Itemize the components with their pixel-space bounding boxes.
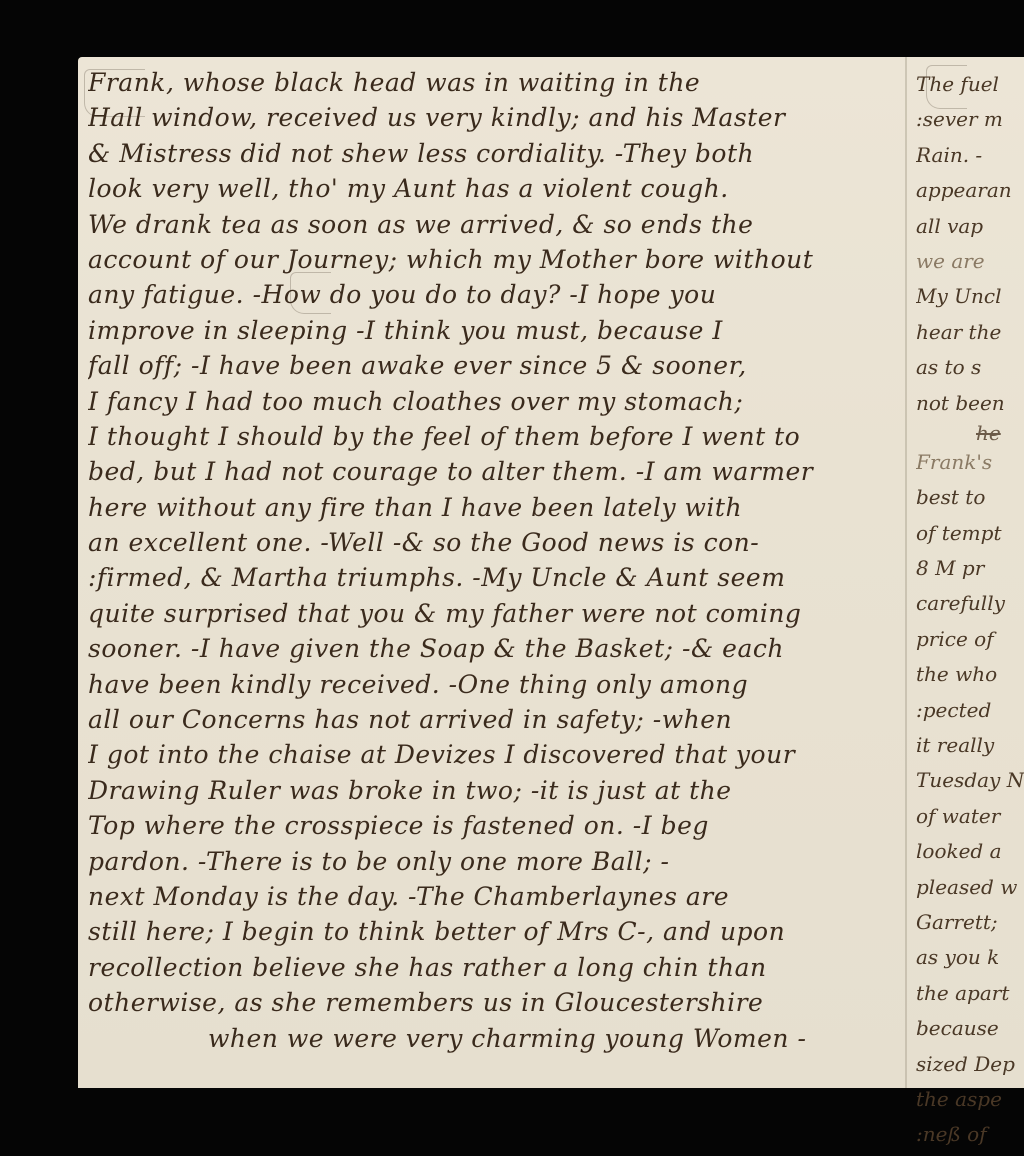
side-line: :pected — [916, 693, 1024, 728]
letter-line: Top where the crosspiece is fastened on.… — [88, 808, 908, 843]
letter-line: I thought I should by the feel of them b… — [88, 419, 908, 454]
side-line: best to — [916, 480, 1024, 515]
letter-line: improve in sleeping -I think you must, b… — [88, 313, 908, 348]
side-line: as you k — [916, 940, 1024, 975]
letter-line: We drank tea as soon as we arrived, & so… — [88, 207, 908, 242]
letter-line: sooner. -I have given the Soap & the Bas… — [88, 631, 908, 666]
side-line: of water — [916, 799, 1024, 834]
letter-line: any fatigue. -How do you do to day? -I h… — [88, 277, 908, 312]
letter-line: I got into the chaise at Devizes I disco… — [88, 737, 908, 772]
side-line: it really — [916, 728, 1024, 763]
letter-line: Frank, whose black head was in waiting i… — [88, 65, 908, 100]
letter-line: have been kindly received. -One thing on… — [88, 667, 908, 702]
letter-line: :firmed, & Martha triumphs. -My Uncle & … — [88, 560, 908, 595]
letter-line: I fancy I had too much cloathes over my … — [88, 384, 908, 419]
letter-line: Drawing Ruler was broke in two; -it is j… — [88, 773, 908, 808]
letter-line: Hall window, received us very kindly; an… — [88, 100, 908, 135]
side-line: hear the — [916, 315, 1024, 350]
letter-line: look very well, tho' my Aunt has a viole… — [88, 171, 908, 206]
side-line: not been — [916, 386, 1024, 421]
letter-line: recollection believe she has rather a lo… — [88, 950, 908, 985]
side-line: Frank's — [916, 445, 1024, 480]
letter-line: when we were very charming young Women - — [88, 1021, 908, 1056]
side-line: Rain. - — [916, 138, 1024, 173]
side-line: pleased w — [916, 870, 1024, 905]
letter-line: bed, but I had not courage to alter them… — [88, 454, 908, 489]
letter-line: next Monday is the day. -The Chamberlayn… — [88, 879, 908, 914]
side-line: :neß of — [916, 1117, 1024, 1152]
side-line: My Uncl — [916, 279, 1024, 314]
side-line: looked a — [916, 834, 1024, 869]
letter-line: still here; I begin to think better of M… — [88, 914, 908, 949]
side-line: Garrett; — [916, 905, 1024, 940]
letter-line: all our Concerns has not arrived in safe… — [88, 702, 908, 737]
letter-line: an excellent one. -Well -& so the Good n… — [88, 525, 908, 560]
letter-line: account of our Journey; which my Mother … — [88, 242, 908, 277]
letter-line: fall off; -I have been awake ever since … — [88, 348, 908, 383]
side-line: because — [916, 1011, 1024, 1046]
side-line-struck: he — [916, 421, 1024, 445]
side-line: 8 M pr — [916, 551, 1024, 586]
side-line: the aspe — [916, 1082, 1024, 1117]
side-line: the apart — [916, 976, 1024, 1011]
manuscript-sheet: Frank, whose black head was in waiting i… — [78, 57, 1024, 1088]
side-line: of tempt — [916, 516, 1024, 551]
side-line: as to s — [916, 350, 1024, 385]
side-line: we are — [916, 244, 1024, 279]
side-line: carefully — [916, 586, 1024, 621]
letter-line: here without any fire than I have been l… — [88, 490, 908, 525]
main-page-text: Frank, whose black head was in waiting i… — [88, 65, 908, 1056]
letter-line: pardon. -There is to be only one more Ba… — [88, 844, 908, 879]
side-line: all vap — [916, 209, 1024, 244]
side-line: Tuesday N — [916, 763, 1024, 798]
side-line: sized Dep — [916, 1047, 1024, 1082]
letter-line: otherwise, as she remembers us in Glouce… — [88, 985, 908, 1020]
letter-line: quite surprised that you & my father wer… — [88, 596, 908, 631]
side-line: appearan — [916, 173, 1024, 208]
side-line: price of — [916, 622, 1024, 657]
side-line: :sever m — [916, 102, 1024, 137]
side-line: the who — [916, 657, 1024, 692]
letter-line: & Mistress did not shew less cordiality.… — [88, 136, 908, 171]
side-line: The fuel — [916, 67, 1024, 102]
side-page-text: The fuel :sever m Rain. - appearan all v… — [916, 67, 1024, 1153]
